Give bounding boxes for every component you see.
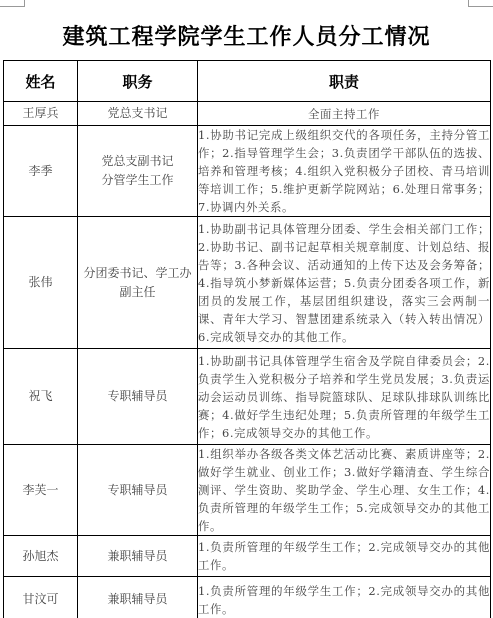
cell-position: 专职辅导员 [78, 445, 198, 536]
cell-duties: 1.负责所管理的年级学生工作；2.完成领导交办的其他工作。 [198, 536, 491, 577]
cell-position: 分团委书记、学工办副主任 [78, 217, 198, 349]
cell-duties: 1.协助副书记具体管理分团委、学生会相关部门工作；2.协助书记、副书记起草相关规… [198, 217, 491, 349]
cell-name: 祝飞 [4, 349, 78, 445]
cell-position: 兼职辅导员 [78, 577, 198, 618]
table-row: 张伟 分团委书记、学工办副主任 1.协助副书记具体管理分团委、学生会相关部门工作… [4, 217, 491, 349]
cell-name: 王厚兵 [4, 102, 78, 126]
page-corner-mark-left [0, 0, 25, 7]
cell-duties: 1.协助书记完成上级组织交代的各项任务，主持分管工作；2.指导管理学生会；3.负… [198, 126, 491, 217]
cell-name: 张伟 [4, 217, 78, 349]
table-row: 李季 党总支副书记分管学生工作 1.协助书记完成上级组织交代的各项任务，主持分管… [4, 126, 491, 217]
cell-duties: 1.协助副书记具体管理学生宿舍及学院自律委员会；2.负责学生入党积极分子培养和学… [198, 349, 491, 445]
table-row: 祝飞 专职辅导员 1.协助副书记具体管理学生宿舍及学院自律委员会；2.负责学生入… [4, 349, 491, 445]
cell-duties: 全面主持工作 [198, 102, 491, 126]
table-header-row: 姓名 职务 职责 [4, 61, 491, 102]
table-row: 孙旭杰 兼职辅导员 1.负责所管理的年级学生工作；2.完成领导交办的其他工作。 [4, 536, 491, 577]
header-duties: 职责 [198, 61, 491, 102]
table-row: 甘汶可 兼职辅导员 1.负责所管理的年级学生工作；2.完成领导交办的其他工作。 [4, 577, 491, 618]
cell-position: 党总支书记 [78, 102, 198, 126]
cell-duties: 1.负责所管理的年级学生工作；2.完成领导交办的其他工作。 [198, 577, 491, 618]
cell-position: 专职辅导员 [78, 349, 198, 445]
cell-name: 李芙一 [4, 445, 78, 536]
cell-position: 党总支副书记分管学生工作 [78, 126, 198, 217]
page-corner-mark-right [468, 0, 493, 7]
cell-position-text: 党总支副书记分管学生工作 [101, 154, 173, 187]
document-title: 建筑工程学院学生工作人员分工情况 [0, 20, 493, 51]
cell-name: 甘汶可 [4, 577, 78, 618]
cell-duties: 1.组织举办各级各类文体艺活动比赛、素质讲座等；2.做好学生就业、创业工作；3.… [198, 445, 491, 536]
staff-duty-table: 姓名 职务 职责 王厚兵 党总支书记 全面主持工作 李季 党总支副书记分管学生工… [3, 60, 491, 618]
cell-position-text: 分团委书记、学工办副主任 [83, 266, 191, 299]
header-position: 职务 [78, 61, 198, 102]
cell-name: 李季 [4, 126, 78, 217]
table-row: 李芙一 专职辅导员 1.组织举办各级各类文体艺活动比赛、素质讲座等；2.做好学生… [4, 445, 491, 536]
cell-position: 兼职辅导员 [78, 536, 198, 577]
header-name: 姓名 [4, 61, 78, 102]
cell-name: 孙旭杰 [4, 536, 78, 577]
table-row: 王厚兵 党总支书记 全面主持工作 [4, 102, 491, 126]
